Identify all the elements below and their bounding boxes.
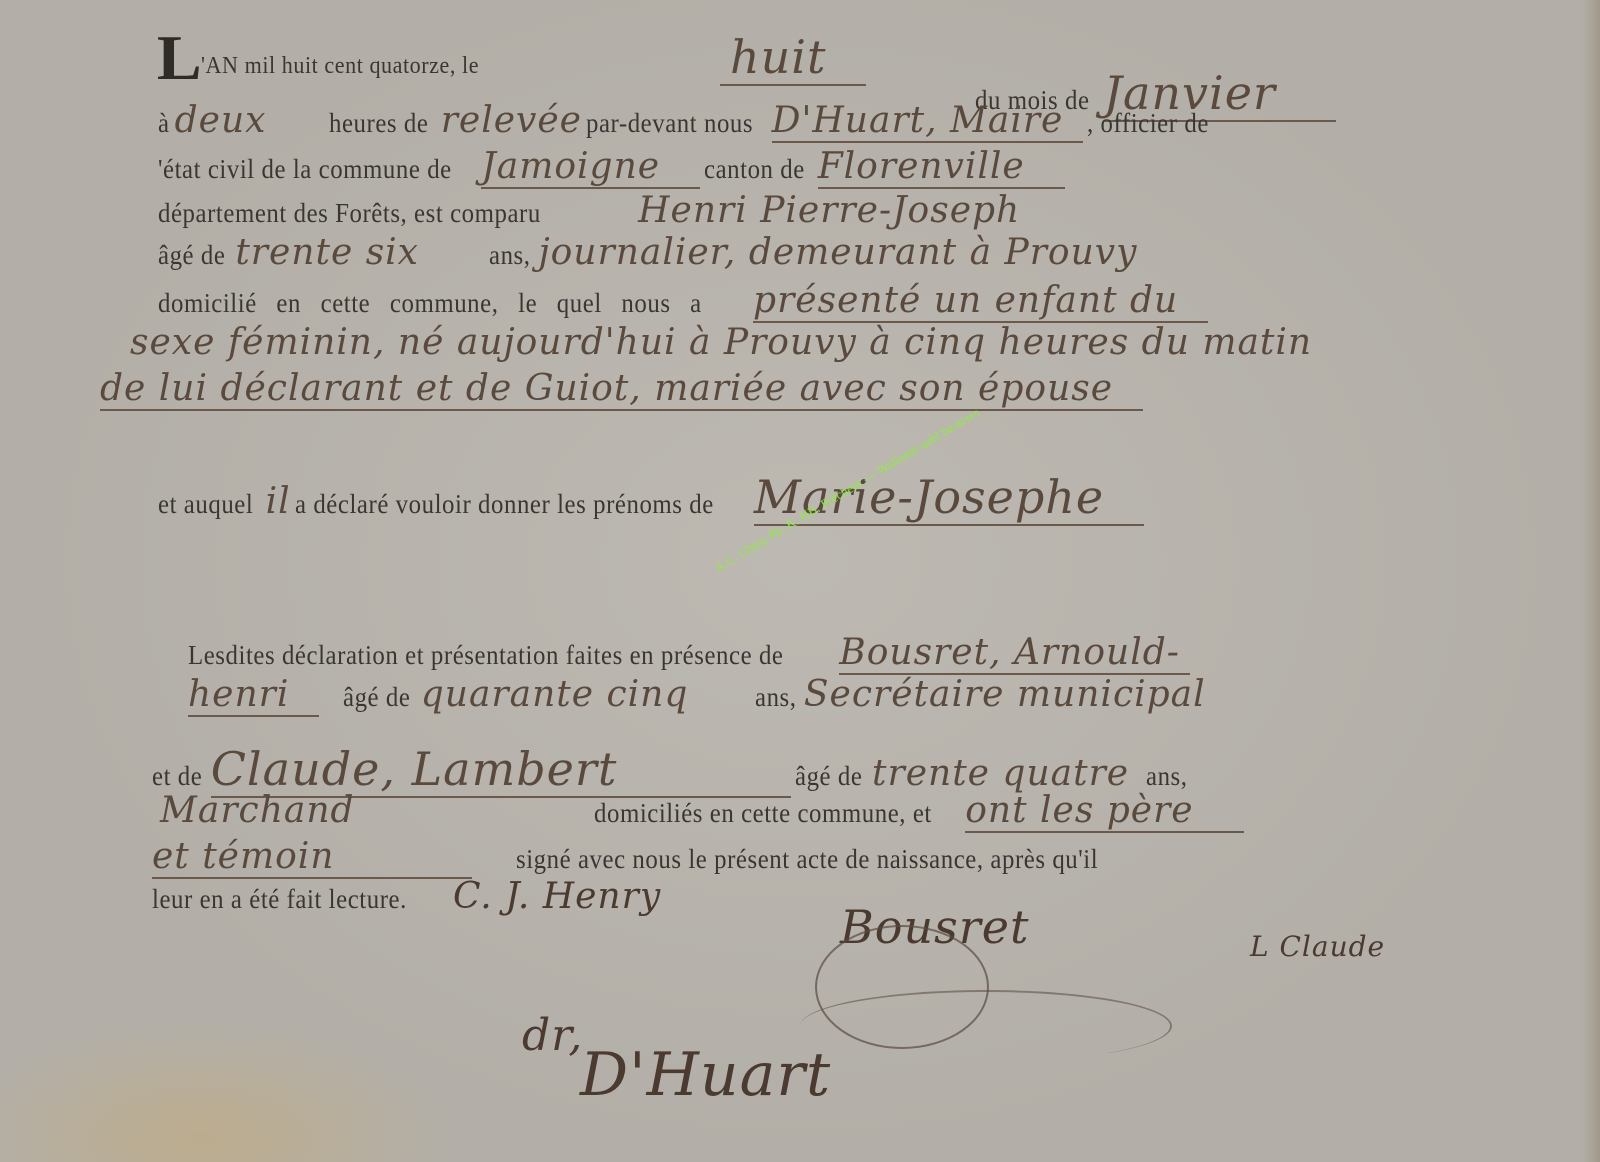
page-edge-shadow xyxy=(1582,0,1600,1162)
handwritten-temoin: et témoin xyxy=(152,836,472,879)
handwritten-relevee: relevée xyxy=(441,100,582,141)
printed-text: âgé de xyxy=(795,761,862,792)
handwritten-pronoun: il xyxy=(266,481,291,522)
line-domicile: domicilié en cette commune, le quel nous… xyxy=(158,280,1208,323)
printed-text: domicilié en cette commune, le quel nous… xyxy=(158,288,702,319)
handwritten-hour: deux xyxy=(175,100,325,141)
handwritten-witness2-age: trente quatre xyxy=(872,753,1142,794)
handwritten-occupation-residence: journalier, demeurant à Prouvy xyxy=(538,232,1137,273)
handwritten-witness1-name: Bousret, Arnould- xyxy=(839,632,1190,675)
line-domicilies: Marchand domiciliés en cette commune, et… xyxy=(160,790,1244,833)
handwritten-witness2-occupation: Marchand xyxy=(160,790,590,831)
printed-text: âgé de xyxy=(158,240,225,271)
handwritten-birth-details: sexe féminin, né aujourd'hui à Prouvy à … xyxy=(130,322,1312,363)
signature-claude: L Claude xyxy=(1250,930,1385,963)
printed-text: signé avec nous le présent acte de naiss… xyxy=(516,844,1098,875)
printed-text: par-devant nous xyxy=(586,108,753,139)
printed-text: 'état civil de la commune de xyxy=(158,154,452,185)
printed-text: âgé de xyxy=(343,682,410,713)
handwritten-declarant-name: Henri Pierre-Joseph xyxy=(638,190,1020,231)
handwritten-day: huit xyxy=(720,30,866,86)
handwritten-witness1-age: quarante cinq xyxy=(421,674,751,715)
signature-mayor-text: D'Huart xyxy=(580,1040,831,1110)
handwritten-presented: présenté un enfant du xyxy=(753,280,1208,323)
line-parents: de lui déclarant et de Guiot, mariée ave… xyxy=(100,368,1143,411)
printed-text: à xyxy=(158,108,170,139)
printed-text: Lesdites déclaration et présentation fai… xyxy=(188,640,783,671)
handwritten-officer: D'Huart, Maire xyxy=(772,100,1084,143)
line-witness1-age: henri âgé de quarante cinq ans, Secrétai… xyxy=(188,674,1206,717)
line-child-sex-birth: sexe féminin, né aujourd'hui à Prouvy à … xyxy=(130,322,1312,363)
printed-text: leur en a été fait lecture. xyxy=(152,884,407,915)
signature-witness2: L Claude xyxy=(1250,930,1385,963)
handwritten-parents: de lui déclarant et de Guiot, mariée ave… xyxy=(100,368,1143,411)
signature-flourish xyxy=(800,990,1172,1062)
printed-text: et de xyxy=(152,761,202,792)
printed-text: ans, xyxy=(755,682,797,713)
handwritten-age: trente six xyxy=(235,232,485,273)
printed-text: domiciliés en cette commune, et xyxy=(594,798,932,829)
signature-initials-text: dr, xyxy=(522,1010,583,1061)
printed-text: et auquel xyxy=(158,489,253,520)
signature-initials: dr, xyxy=(522,1010,583,1061)
printed-text: ans, xyxy=(1146,761,1188,792)
signature-mayor: D'Huart xyxy=(580,1040,831,1110)
printed-text: département des Forêts, est comparu xyxy=(158,198,541,229)
line-date-day: huit xyxy=(720,30,866,86)
handwritten-canton: Florenville xyxy=(818,146,1065,189)
handwritten-signers: ont les père xyxy=(965,790,1243,833)
line-lecture: leur en a été fait lecture. C. J. Henry xyxy=(152,876,661,917)
printed-text: canton de xyxy=(704,154,805,185)
line-comparant: département des Forêts, est comparu Henr… xyxy=(158,190,1020,231)
line-witnesses-intro: Lesdites déclaration et présentation fai… xyxy=(188,632,1190,675)
handwritten-witness1-firstname: henri xyxy=(188,674,319,717)
printed-text: 'AN mil huit cent quatorze, le xyxy=(201,53,479,80)
printed-text: a déclaré vouloir donner les prénoms de xyxy=(295,489,714,520)
line-commune: 'état civil de la commune de Jamoigne ca… xyxy=(158,146,1065,189)
line-signe: et témoin signé avec nous le présent act… xyxy=(152,836,1149,879)
signature-declarant: C. J. Henry xyxy=(453,876,661,917)
drop-cap: L xyxy=(157,26,202,90)
line-hour: à deux heures de relevée par-devant nous… xyxy=(158,100,1220,143)
printed-text: ans, xyxy=(489,240,531,271)
printed-text: , officier de xyxy=(1087,108,1209,139)
line-date: L'AN mil huit cent quatorze, le xyxy=(158,26,503,90)
handwritten-commune: Jamoigne xyxy=(481,146,700,189)
handwritten-witness1-occupation: Secrétaire municipal xyxy=(804,674,1206,715)
line-age-occupation: âgé de trente six ans, journalier, demeu… xyxy=(158,232,1137,273)
line-prenoms: et auquel il a déclaré vouloir donner le… xyxy=(158,470,1144,526)
printed-text: heures de xyxy=(329,108,428,139)
